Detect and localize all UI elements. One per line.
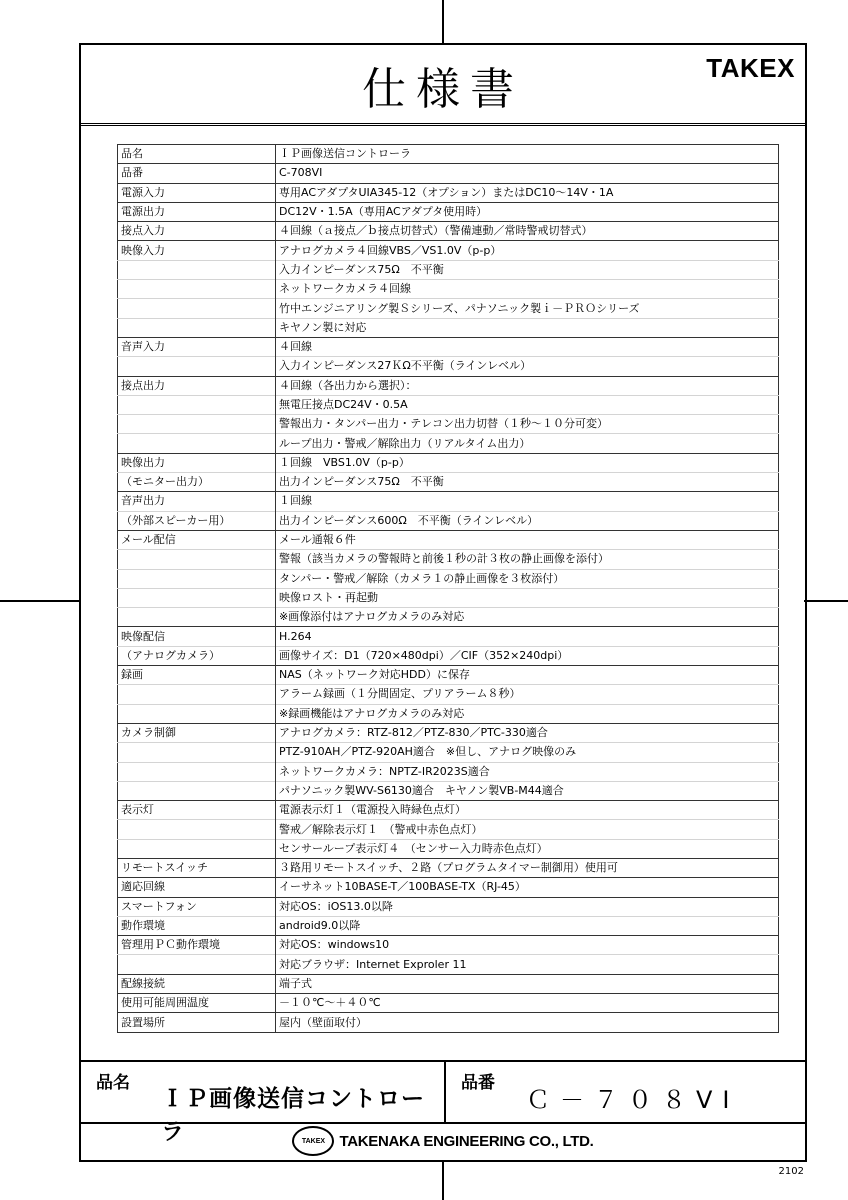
spec-key: 品名	[118, 145, 276, 164]
table-row: 品名ＩＰ画像送信コントローラ	[118, 145, 779, 164]
spec-value: タンパー・警戒／解除（カメラ１の静止画像を３枚添付）	[276, 569, 779, 588]
table-row: ※録画機能はアナログカメラのみ対応	[118, 704, 779, 723]
spec-value: 入力インピーダンス27ＫΩ不平衡（ラインレベル）	[276, 357, 779, 376]
spec-value: C-708VI	[276, 164, 779, 183]
spec-value: DC12V・1.5A（専用ACアダプタ使用時）	[276, 202, 779, 221]
product-name-label: 品名	[96, 1068, 130, 1093]
spec-key	[118, 357, 276, 376]
spec-key: スマートフォン	[118, 897, 276, 916]
spec-value: 電源表示灯１（電源投入時緑色点灯）	[276, 801, 779, 820]
spec-value: 警報出力・タンパー出力・テレコン出力切替（１秒～１０分可変）	[276, 415, 779, 434]
spec-key	[118, 685, 276, 704]
table-row: （外部スピーカー用）出力インピーダンス600Ω 不平衡（ラインレベル）	[118, 511, 779, 530]
spec-value: －１０℃～＋４０℃	[276, 994, 779, 1013]
spec-value: アナログカメラ４回線VBS／VS1.0V（p-p）	[276, 241, 779, 260]
table-row: 無電圧接点DC24V・0.5A	[118, 395, 779, 414]
footer-product-block: 品名 ＩＰ画像送信コントローラ 品番 Ｃ－７０８VI	[81, 1060, 805, 1124]
table-row: タンパー・警戒／解除（カメラ１の静止画像を３枚添付）	[118, 569, 779, 588]
table-row: ループ出力・警戒／解除出力（リアルタイム出力）	[118, 434, 779, 453]
table-row: ※画像添付はアナログカメラのみ対応	[118, 608, 779, 627]
table-row: センサーループ表示灯４ （センサー入力時赤色点灯）	[118, 839, 779, 858]
spec-value: 映像ロスト・再起動	[276, 588, 779, 607]
spec-value: １回線	[276, 492, 779, 511]
spec-value: 竹中エンジニアリング製Ｓシリーズ、パナソニック製ｉ－ＰＲＯシリーズ	[276, 299, 779, 318]
spec-value: 出力インピーダンス75Ω 不平衡	[276, 473, 779, 492]
table-row: 接点出力４回線（各出力から選択）：	[118, 376, 779, 395]
spec-key: （モニター出力）	[118, 473, 276, 492]
table-row: メール配信メール通報６件	[118, 530, 779, 549]
table-row: 映像入力アナログカメラ４回線VBS／VS1.0V（p-p）	[118, 241, 779, 260]
spec-key	[118, 318, 276, 337]
spec-key: 映像配信	[118, 627, 276, 646]
table-row: 適応回線イーサネット10BASE-T／100BASE-TX（RJ-45）	[118, 878, 779, 897]
spec-value: アナログカメラ：RTZ-812／PTZ-830／PTC-330適合	[276, 723, 779, 742]
spec-key: （外部スピーカー用）	[118, 511, 276, 530]
table-row: 映像配信H.264	[118, 627, 779, 646]
page-title: 仕様書	[81, 53, 805, 117]
spec-key: 音声入力	[118, 337, 276, 356]
crop-mark-left	[0, 600, 80, 602]
table-row: アラーム録画（１分間固定、プリアラーム８秒）	[118, 685, 779, 704]
spec-key: メール配信	[118, 530, 276, 549]
table-row: 竹中エンジニアリング製Ｓシリーズ、パナソニック製ｉ－ＰＲＯシリーズ	[118, 299, 779, 318]
table-row: 入力インピーダンス75Ω 不平衡	[118, 260, 779, 279]
spec-key: 使用可能周囲温度	[118, 994, 276, 1013]
spec-key	[118, 955, 276, 974]
spec-key: 動作環境	[118, 916, 276, 935]
spec-value: ネットワークカメラ：NPTZ-IR2023S適合	[276, 762, 779, 781]
table-row: 設置場所屋内（壁面取付）	[118, 1013, 779, 1032]
table-row: 配線接続端子式	[118, 974, 779, 993]
spec-value: android9.0以降	[276, 916, 779, 935]
spec-value: 端子式	[276, 974, 779, 993]
table-row: ネットワークカメラ４回線	[118, 280, 779, 299]
spec-key	[118, 762, 276, 781]
spec-value: パナソニック製WV-S6130適合 キヤノン製VB-M44適合	[276, 781, 779, 800]
spec-value: ４回線（ａ接点／ｂ接点切替式）（警備連動／常時警戒切替式）	[276, 222, 779, 241]
spec-key: カメラ制御	[118, 723, 276, 742]
table-row: 対応ブラウザ：Internet Exproler 11	[118, 955, 779, 974]
spec-value: 無電圧接点DC24V・0.5A	[276, 395, 779, 414]
spec-value: H.264	[276, 627, 779, 646]
spec-value: ループ出力・警戒／解除出力（リアルタイム出力）	[276, 434, 779, 453]
spec-value: 出力インピーダンス600Ω 不平衡（ラインレベル）	[276, 511, 779, 530]
table-row: 録画NAS（ネットワーク対応HDD）に保存	[118, 666, 779, 685]
spec-key	[118, 260, 276, 279]
table-row: ネットワークカメラ：NPTZ-IR2023S適合	[118, 762, 779, 781]
crop-mark-bottom	[442, 1160, 444, 1200]
spec-value: ※録画機能はアナログカメラのみ対応	[276, 704, 779, 723]
spec-value: １回線 VBS1.0V（p-p）	[276, 453, 779, 472]
table-row: 映像ロスト・再起動	[118, 588, 779, 607]
table-row: 警報出力・タンパー出力・テレコン出力切替（１秒～１０分可変）	[118, 415, 779, 434]
table-row: 管理用ＰＣ動作環境対応OS：windows10	[118, 936, 779, 955]
spec-key	[118, 395, 276, 414]
spec-value: アラーム録画（１分間固定、プリアラーム８秒）	[276, 685, 779, 704]
spec-key	[118, 280, 276, 299]
spec-value: イーサネット10BASE-T／100BASE-TX（RJ-45）	[276, 878, 779, 897]
spec-value: 対応OS：iOS13.0以降	[276, 897, 779, 916]
company-name: TAKENAKA ENGINEERING CO., LTD.	[339, 1133, 593, 1150]
spec-key: 品番	[118, 164, 276, 183]
spec-key	[118, 704, 276, 723]
spec-key	[118, 743, 276, 762]
footer-company-block: TAKEX TAKENAKA ENGINEERING CO., LTD.	[81, 1122, 805, 1160]
spec-value: 専用ACアダプタUIA345-12（オプション）またはDC10～14V・1A	[276, 183, 779, 202]
spec-key: 録画	[118, 666, 276, 685]
spec-key: 管理用ＰＣ動作環境	[118, 936, 276, 955]
table-row: キヤノン製に対応	[118, 318, 779, 337]
table-row: 品番C-708VI	[118, 164, 779, 183]
spec-key	[118, 569, 276, 588]
table-row: リモートスイッチ３路用リモートスイッチ、２路（プログラムタイマー制御用）使用可	[118, 858, 779, 877]
spec-key	[118, 415, 276, 434]
title-block: 仕様書 TAKEX	[81, 45, 805, 126]
spec-value: ネットワークカメラ４回線	[276, 280, 779, 299]
spec-key: 接点入力	[118, 222, 276, 241]
spec-value: 屋内（壁面取付）	[276, 1013, 779, 1032]
spec-key	[118, 781, 276, 800]
table-row: スマートフォン対応OS：iOS13.0以降	[118, 897, 779, 916]
spec-key	[118, 588, 276, 607]
spec-key: 接点出力	[118, 376, 276, 395]
spec-key: 映像出力	[118, 453, 276, 472]
spec-value: ４回線	[276, 337, 779, 356]
spec-key: 電源出力	[118, 202, 276, 221]
spec-value: 対応ブラウザ：Internet Exproler 11	[276, 955, 779, 974]
spec-value: ＩＰ画像送信コントローラ	[276, 145, 779, 164]
table-row: 電源入力専用ACアダプタUIA345-12（オプション）またはDC10～14V・…	[118, 183, 779, 202]
spec-table: 品名ＩＰ画像送信コントローラ品番C-708VI電源入力専用ACアダプタUIA34…	[117, 144, 779, 1033]
table-row: （モニター出力）出力インピーダンス75Ω 不平衡	[118, 473, 779, 492]
document-frame: 仕様書 TAKEX 品名ＩＰ画像送信コントローラ品番C-708VI電源入力専用A…	[79, 43, 807, 1162]
spec-key: 電源入力	[118, 183, 276, 202]
crop-mark-top	[442, 0, 444, 44]
table-row: 表示灯電源表示灯１（電源投入時緑色点灯）	[118, 801, 779, 820]
spec-key: 表示灯	[118, 801, 276, 820]
table-row: （アナログカメラ）画像サイズ：D1（720×480dpi）／CIF（352×24…	[118, 646, 779, 665]
spec-value: ４回線（各出力から選択）：	[276, 376, 779, 395]
table-row: 動作環境android9.0以降	[118, 916, 779, 935]
spec-value: 入力インピーダンス75Ω 不平衡	[276, 260, 779, 279]
table-row: 入力インピーダンス27ＫΩ不平衡（ラインレベル）	[118, 357, 779, 376]
spec-value: メール通報６件	[276, 530, 779, 549]
crop-mark-right	[804, 600, 848, 602]
table-row: パナソニック製WV-S6130適合 キヤノン製VB-M44適合	[118, 781, 779, 800]
spec-key: 映像入力	[118, 241, 276, 260]
table-row: 音声出力１回線	[118, 492, 779, 511]
spec-value: ※画像添付はアナログカメラのみ対応	[276, 608, 779, 627]
spec-key	[118, 820, 276, 839]
footer-product-name-cell: 品名 ＩＰ画像送信コントローラ	[81, 1062, 446, 1122]
footer-product-number-cell: 品番 Ｃ－７０８VI	[446, 1062, 805, 1122]
spec-key: リモートスイッチ	[118, 858, 276, 877]
spec-value: 警報（該当カメラの警報時と前後１秒の計３枚の静止画像を添付）	[276, 550, 779, 569]
table-row: 映像出力１回線 VBS1.0V（p-p）	[118, 453, 779, 472]
company-logo-icon: TAKEX	[292, 1126, 334, 1156]
spec-key: 音声出力	[118, 492, 276, 511]
table-row: 接点入力４回線（ａ接点／ｂ接点切替式）（警備連動／常時警戒切替式）	[118, 222, 779, 241]
spec-key	[118, 299, 276, 318]
spec-key	[118, 434, 276, 453]
table-row: 警戒／解除表示灯１ （警戒中赤色点灯）	[118, 820, 779, 839]
spec-value: キヤノン製に対応	[276, 318, 779, 337]
table-row: PTZ-910AH／PTZ-920AH適合 ※但し、アナログ映像のみ	[118, 743, 779, 762]
table-row: カメラ制御アナログカメラ：RTZ-812／PTZ-830／PTC-330適合	[118, 723, 779, 742]
spec-value: センサーループ表示灯４ （センサー入力時赤色点灯）	[276, 839, 779, 858]
spec-key: 適応回線	[118, 878, 276, 897]
table-row: 電源出力DC12V・1.5A（専用ACアダプタ使用時）	[118, 202, 779, 221]
spec-key: 設置場所	[118, 1013, 276, 1032]
document-number: 2102	[779, 1166, 804, 1177]
spec-key: （アナログカメラ）	[118, 646, 276, 665]
product-number-label: 品番	[461, 1068, 495, 1093]
spec-key	[118, 550, 276, 569]
spec-value: 対応OS：windows10	[276, 936, 779, 955]
table-row: 警報（該当カメラの警報時と前後１秒の計３枚の静止画像を添付）	[118, 550, 779, 569]
spec-key	[118, 608, 276, 627]
table-row: 音声入力４回線	[118, 337, 779, 356]
spec-value: 画像サイズ：D1（720×480dpi）／CIF（352×240dpi）	[276, 646, 779, 665]
spec-key: 配線接続	[118, 974, 276, 993]
spec-key	[118, 839, 276, 858]
spec-value: NAS（ネットワーク対応HDD）に保存	[276, 666, 779, 685]
brand-logo: TAKEX	[706, 53, 795, 84]
spec-value: 警戒／解除表示灯１ （警戒中赤色点灯）	[276, 820, 779, 839]
table-row: 使用可能周囲温度－１０℃～＋４０℃	[118, 994, 779, 1013]
spec-value: ３路用リモートスイッチ、２路（プログラムタイマー制御用）使用可	[276, 858, 779, 877]
spec-value: PTZ-910AH／PTZ-920AH適合 ※但し、アナログ映像のみ	[276, 743, 779, 762]
product-number: Ｃ－７０８VI	[526, 1080, 740, 1115]
